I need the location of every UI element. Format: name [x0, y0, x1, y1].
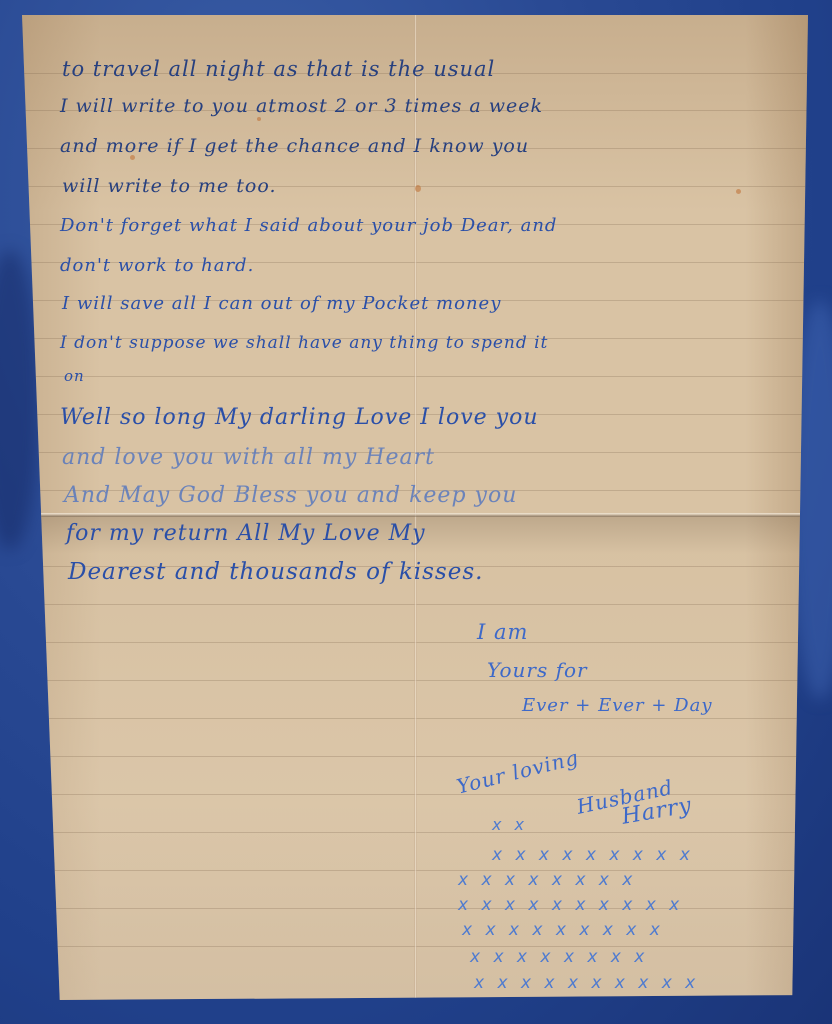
letter-line: I will save all I can out of my Pocket m… — [62, 293, 501, 314]
kisses-row: x x x x x x x x — [458, 870, 636, 890]
letter-line: don't work to hard. — [60, 255, 254, 276]
letter-line: for my return All My Love My — [66, 521, 426, 546]
closing-line: Ever + Ever + Day — [522, 695, 713, 716]
kisses-row: x x x x x x x x x — [492, 845, 694, 865]
letter-line: I will write to you atmost 2 or 3 times … — [60, 95, 543, 117]
letter-line: and love you with all my Heart — [62, 445, 435, 470]
rust-stain — [257, 117, 261, 121]
letter-line: will write to me too. — [62, 175, 277, 197]
letter-line: Well so long My darling Love I love you — [60, 405, 538, 430]
kisses-row: x x x x x x x x x x — [474, 973, 699, 993]
closing-line: I am — [477, 620, 528, 644]
rust-stain — [736, 189, 741, 194]
closing-line: Yours for — [487, 658, 588, 682]
letter-line: to travel all night as that is the usual — [62, 57, 495, 81]
letter-line: Don't forget what I said about your job … — [60, 215, 557, 236]
horizontal-fold-crease — [22, 513, 808, 517]
letter-paper: to travel all night as that is the usual… — [22, 15, 808, 1000]
kisses-row: x x x x x x x x x x — [458, 895, 683, 915]
kisses-row: x x x x x x x x x — [462, 920, 664, 940]
letter-line: on — [64, 367, 85, 385]
letter-line: I don't suppose we shall have any thing … — [60, 333, 548, 353]
letter-line: And May God Bless you and keep you — [64, 483, 517, 508]
letter-line: and more if I get the chance and I know … — [60, 135, 529, 157]
rust-stain — [415, 185, 421, 192]
letter-line: Dearest and thousands of kisses. — [68, 559, 483, 585]
kisses-row: x x — [492, 815, 528, 834]
kisses-row: x x x x x x x x — [470, 947, 648, 967]
